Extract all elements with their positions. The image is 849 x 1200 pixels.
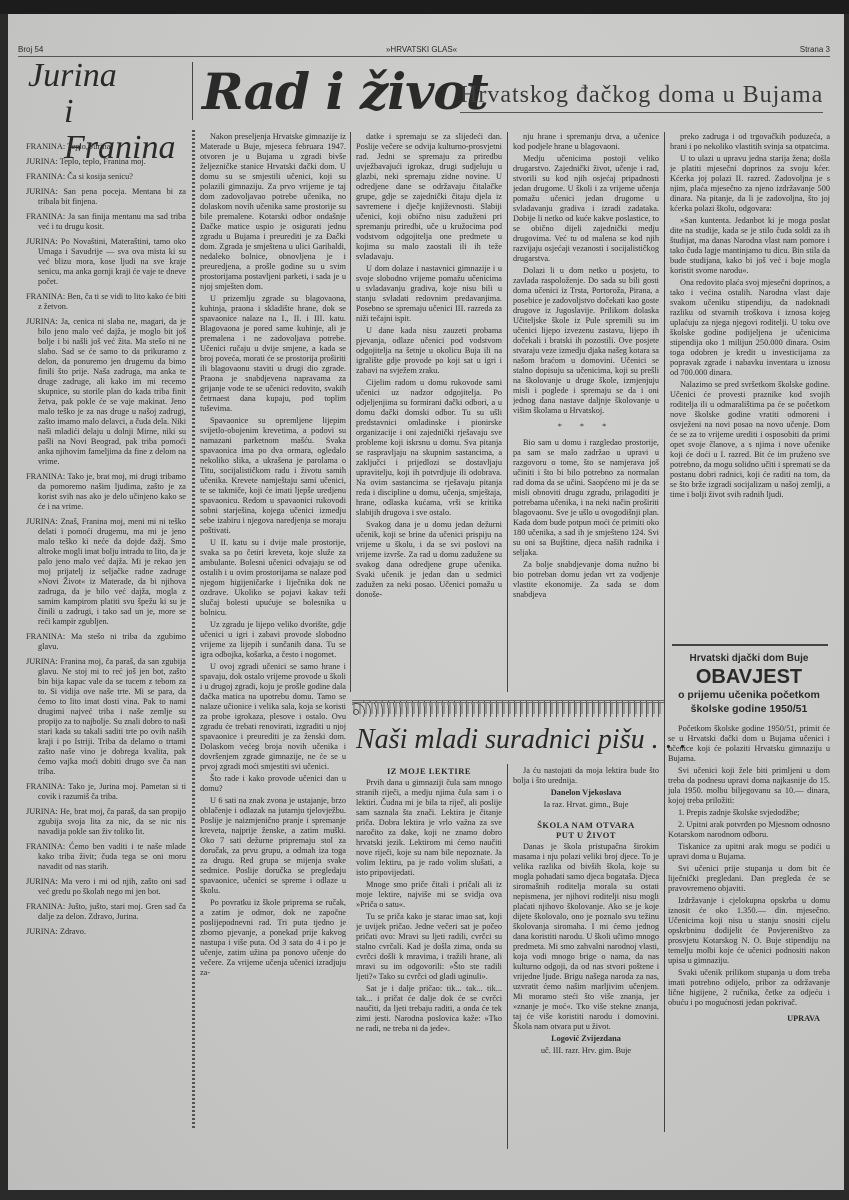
notice-signature: UPRAVA [668,1014,820,1024]
article-column-4: preko zadruga i od trgovačkih poduzeća, … [670,132,830,637]
story-skola-nam-otvara-put: Ja ću nastojati da moja lektira bude što… [513,766,659,1166]
article-column-1: Nakon preseljenja Hrvatske gimnazije iz … [200,132,346,1132]
speaker-name: FRANINA: [26,842,69,851]
story-iz-moje-lektire: IZ MOJE LEKTIRE Prvih dana u gimnaziji č… [356,766,502,1166]
dialog-line: FRANINA: Teplo, Jurina. [26,142,186,152]
speaker-name: FRANINA: [26,472,67,481]
speaker-name: FRANINA: [26,172,67,181]
dialog-text: Zdravo. [60,927,86,936]
article-paragraph: Nalazimo se pred svršetkom školske godin… [670,380,830,500]
dialog-line: JURINA: Teplo, teplo, Franina moj. [26,157,186,167]
article-title: Rad i život [202,62,488,121]
article-paragraph: U 6 sati na znak zvona je ustajanje, brz… [200,796,346,896]
dialog-line: JURINA: He, brat moj, ča paraš, da san p… [26,807,186,837]
scan-top-edge [0,0,849,14]
article-paragraph: Za bolje snabdjevanje doma nužno bi bio … [513,560,659,600]
article-column-2: datke i spremaju se za slijedeći dan. Po… [356,132,502,692]
article-paragraph: Uz zgradu je lijepo veliko dvorište, gdj… [200,620,346,660]
article-paragraph: Ona redovito plaća svoj mjesečni doprino… [670,278,830,378]
story1-continued: Ja ću nastojati da moja lektira bude što… [513,766,659,786]
speaker-name: JURINA: [26,237,61,246]
story-heading: IZ MOJE LEKTIRE [356,766,502,776]
notice-subtitle: o prijemu učenika početkom školske godin… [668,688,830,716]
dialog-line: JURINA: Ja, cenica ni slaba ne, magari, … [26,317,186,467]
dialog-line: FRANINA: Ma stešo ni triba da zgubimo gl… [26,632,186,652]
admission-notice: Hrvatski djački dom Buje OBAVJEST o prij… [668,640,830,1026]
column-divider [507,132,508,692]
speaker-name: JURINA: [26,317,61,326]
dialog-line: FRANINA: Ja san finija mentanu ma sad tr… [26,212,186,232]
notice-paragraph: 1. Prepis zadnje školske svjedodžbe; [668,808,830,818]
dialog-text: Teplo, Jurina. [67,142,112,151]
article-paragraph: * * * [513,422,659,432]
dialog-text: Znaš, Franina moj, meni mi ni teško dela… [38,517,186,626]
dialog-text: Teplo, teplo, Franina moj. [60,157,146,166]
dialog-text: Franina moj, ča paraš, da san zgubija gl… [38,657,186,776]
article-paragraph: Cijelim radom u domu rukovode sami učeni… [356,378,502,518]
article-paragraph: nju hrane i spremanju drva, a učenice ko… [513,132,659,152]
article-paragraph: Medju učenicima postoji veliko drugarstv… [513,154,659,264]
article-paragraph: Dolazi li u dom netko u posjetu, to zavl… [513,266,659,416]
column-divider [192,62,193,120]
article-paragraph: preko zadruga i od trgovačkih poduzeća, … [670,132,830,152]
column-divider [664,132,665,1132]
dialog-line: JURINA: Znaš, Franina moj, meni mi ni te… [26,517,186,627]
dialog-line: FRANINA: Tako je, brat moj, mi drugi tri… [26,472,186,512]
article-paragraph: Spavaonice su opremljene lijepim svijetl… [200,416,346,536]
speaker-name: JURINA: [26,187,63,196]
notice-paragraph: Svi učenici prije stupanja u dom bit će … [668,864,830,894]
newspaper-name: »HRVATSKI GLAS« [386,45,457,54]
notice-paragraph: Svi učenici koji žele biti primljeni u d… [668,766,830,806]
dialog-line: JURINA: Zdravo. [26,927,186,937]
speaker-name: JURINA: [26,157,60,166]
notice-organization: Hrvatski djački dom Buje [668,654,830,664]
article-paragraph: U dom dolaze i nastavnici gimnazije i u … [356,264,502,324]
decorative-border-pattern [352,703,664,714]
dialog-column: FRANINA: Teplo, Jurina.JURINA: Teplo, te… [26,142,186,1182]
column-divider [350,132,351,692]
article-paragraph: U ovoj zgradi učenici se samo hrane i sp… [200,662,346,772]
dialog-text: Po Novaštini, Materaštini, tamo oko Umag… [38,237,186,286]
dialog-line: FRANINA: Ćemo ben vaditi i te naše mlade… [26,842,186,872]
speaker-name: FRANINA: [26,782,68,791]
page-header: Broj 54 »HRVATSKI GLAS« Strana 3 [18,40,830,57]
article-paragraph: U to ulazi u upravu jedna starija žena; … [670,154,830,214]
story2-author: Logović Zvijezdana [513,1034,659,1044]
story-heading-2: PUT U ŽIVOT [513,830,659,840]
dialog-text: He, brat moj, ča paraš, da san propijo z… [38,807,186,836]
article-paragraph: Po povratku iz škole priprema se ručak, … [200,898,346,978]
story-paragraph: Tu se priča kako je starac imao sat, koj… [356,912,502,982]
column-divider [507,764,508,1149]
story-paragraph: Sat je i dalje pričao: tik... tak... tik… [356,984,502,1034]
speaker-name: JURINA: [26,877,61,886]
speaker-name: FRANINA: [26,212,68,221]
dialog-text: Ma vero i mi od njih, zašto oni sad već … [38,877,186,896]
notice-paragraph: 2. Upitni arak potvrđen po Mjesnom odnos… [668,820,830,840]
article-subtitle: Hrvatskog đačkog doma u Bujama [460,82,823,113]
dialog-text: Ča si kosija senicu? [67,172,133,181]
article-paragraph: datke i spremaju se za slijedeći dan. Po… [356,132,502,262]
story1-author-info: Ia raz. Hrvat. gimn., Buje [513,800,659,810]
article-paragraph: U dane kada nisu zauzeti probama pjevanj… [356,326,502,376]
dialog-line: FRANINA: Ča si kosija senicu? [26,172,186,182]
speaker-name: FRANINA: [26,902,68,911]
notice-paragraph: Izdržavanje i cjelokupna opskrba u domu … [668,896,830,966]
article-column-3: nju hrane i spremanju drva, a učenice ko… [513,132,659,692]
dialog-line: JURINA: Ma vero i mi od njih, zašto oni … [26,877,186,897]
speaker-name: JURINA: [26,927,60,936]
dialog-line: JURINA: Franina moj, ča paraš, da san zg… [26,657,186,777]
story-paragraph: Danas je škola pristupačna širokim masam… [513,842,659,1032]
article-paragraph: Svakog dana je u domu jedan dežurni učen… [356,520,502,600]
speaker-name: JURINA: [26,657,60,666]
speaker-name: FRANINA: [26,142,67,151]
dialog-line: FRANINA: Tako je, Jurina moj. Pametan si… [26,782,186,802]
article-paragraph: U prizemlju zgrade su blagovaona, kuhinj… [200,294,346,414]
dialog-line: JURINA: Po Novaštini, Materaštini, tamo … [26,237,186,287]
story-paragraph: Mnoge smo priče čitali i pričali ali iz … [356,880,502,910]
contributors-section-title: Naši mladi suradnici pišu . . . [356,724,687,756]
dialog-line: FRANINA: Jušto, jušto, stari moj. Gren s… [26,902,186,922]
dialog-text: Ja, cenica ni slaba ne, magari, da je bi… [38,317,186,466]
speaker-name: FRANINA: [26,292,67,301]
issue-number: Broj 54 [18,45,43,54]
page-number: Strana 3 [800,45,830,54]
article-paragraph: »San kuntenta. Jedanbot ki je moga posla… [670,216,830,276]
dialog-line: JURINA: San pena poceja. Mentana bi za t… [26,187,186,207]
article-paragraph: Bio sam u domu i razgledao prostorije, p… [513,438,659,558]
notice-paragraph: Početkom školske godine 1950/51, primit … [668,724,830,764]
dialog-line: FRANINA: Ben, ča ti se vidi to lito kako… [26,292,186,312]
notice-paragraph: Tiskanice za upitni arak mogu se podići … [668,842,830,862]
article-paragraph: Nakon preseljenja Hrvatske gimnazije iz … [200,132,346,292]
story1-author: Danelon Vjekoslava [513,788,659,798]
speaker-name: JURINA: [26,807,60,816]
column-divider-decorative [192,130,195,1130]
story-heading: ŠKOLA NAM OTVARA [513,820,659,830]
speaker-name: FRANINA: [26,632,71,641]
story-paragraph: Prvih dana u gimnaziji čula sam mnogo st… [356,778,502,878]
notice-title: OBAVJEST [668,672,830,682]
article-paragraph: Što rade i kako provode učenici dan u do… [200,774,346,794]
article-paragraph: U II. katu su i dvije male prostorije, s… [200,538,346,618]
story2-author-info: uč. III. razr. Hrv. gim. Buje [513,1046,659,1056]
speaker-name: JURINA: [26,517,61,526]
notice-paragraph: Svaki učenik prilikom stupanja u dom tre… [668,968,830,1008]
